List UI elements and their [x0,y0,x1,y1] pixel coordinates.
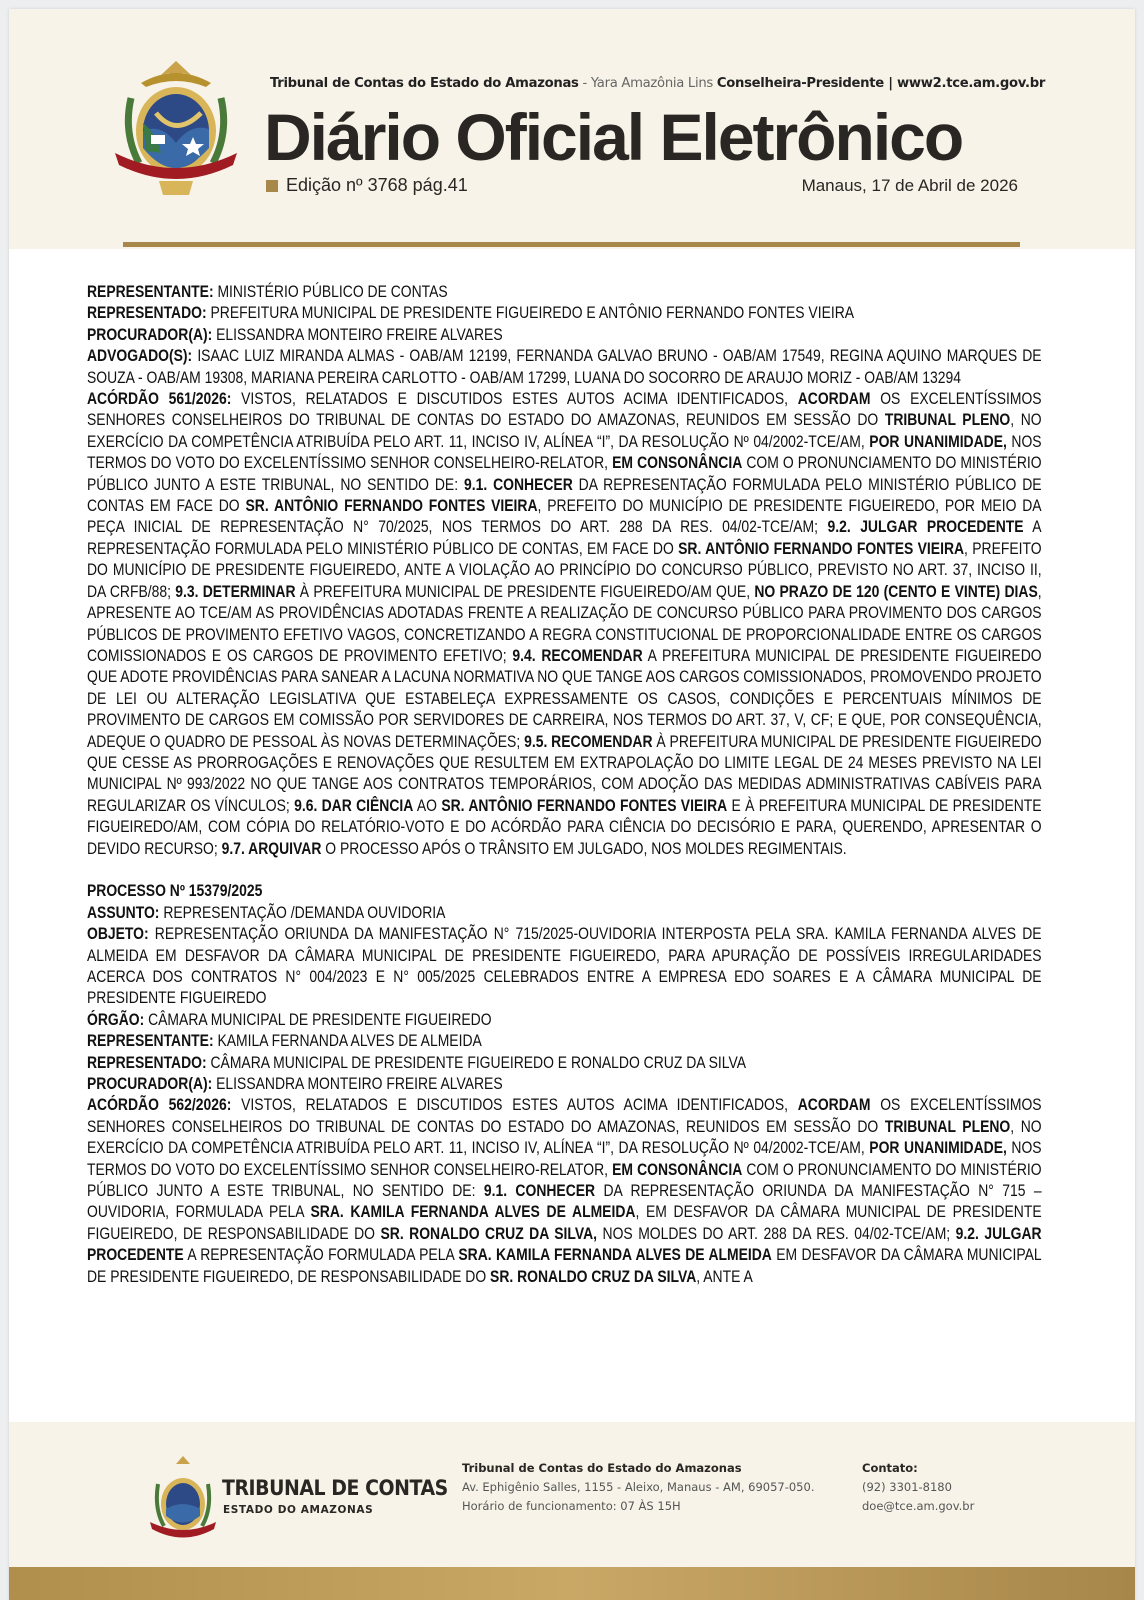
bold-run: ACORDAM [798,390,871,408]
separator: - [579,76,591,91]
bold-run: SR. ANTÔNIO FERNANDO FONTES VIEIRA [678,540,964,558]
bold-run: ACÓRDÃO 562/2026: [87,1096,231,1114]
footer-address: Tribunal de Contas do Estado do Amazonas… [462,1459,814,1516]
bold-run: EM CONSONÂNCIA [612,1161,742,1179]
president-name: Yara Amazônia Lins [591,76,717,91]
bold-run: POR UNANIMIDADE, [869,433,1007,451]
bold-run: SR. ANTÔNIO FERNANDO FONTES VIEIRA [441,797,727,815]
publication-date: Manaus, 17 de Abril de 2026 [802,176,1018,196]
bold-run: 9.7. ARQUIVAR [222,840,322,858]
text-run: VISTOS, RELATADOS E DISCUTIDOS ESTES AUT… [231,1096,797,1114]
masthead: Tribunal de Contas do Estado do Amazonas… [9,9,1135,249]
text-run: AO [413,797,441,815]
document-page: Tribunal de Contas do Estado do Amazonas… [9,9,1135,1600]
bold-run: 9.1. CONHECER [484,1182,595,1200]
text-run: CÂMARA MUNICIPAL DE PRESIDENTE FIGUEIRED… [144,1011,491,1029]
masthead-subtitle: Tribunal de Contas do Estado do Amazonas… [270,76,1045,91]
footer-brand: TRIBUNAL DE CONTAS [222,1476,448,1500]
bold-run: NO PRAZO DE 120 (CENTO E VINTE) DIAS [754,583,1037,601]
page-title: Diário Oficial Eletrônico [264,97,962,177]
text-run: NOS MOLDES DO ART. 288 DA RES. 04/02-TCE… [597,1225,956,1243]
bold-run: 9.2. JULGAR PROCEDENTE [827,518,1023,536]
org-name: Tribunal de Contas do Estado do Amazonas [270,76,579,91]
coat-of-arms-icon [101,53,251,203]
bold-run: OBJETO: [87,925,149,943]
bold-run: POR UNANIMIDADE, [869,1139,1007,1157]
bold-run: PROCURADOR(A): [87,1075,212,1093]
text-run: REPRESENTAÇÃO /DEMANDA OUVIDORIA [159,904,445,922]
document-body: REPRESENTANTE: MINISTÉRIO PÚBLICO DE CON… [87,282,1042,1288]
bold-run: 9.6. DAR CIÊNCIA [294,797,413,815]
text-run: KAMILA FERNANDA ALVES DE ALMEIDA [214,1032,482,1050]
bold-run: PROCESSO Nº 15379/2025 [87,882,262,900]
bold-run: PROCURADOR(A): [87,326,212,344]
footer-address-title: Tribunal de Contas do Estado do Amazonas [462,1459,814,1478]
bold-run: REPRESENTANTE: [87,283,214,301]
bold-run: REPRESENTANTE: [87,1032,214,1050]
text-run: CÂMARA MUNICIPAL DE PRESIDENTE FIGUEIRED… [207,1054,746,1072]
coat-of-arms-icon [144,1454,222,1550]
paragraph: ACÓRDÃO 561/2026: VISTOS, RELATADOS E DI… [87,389,1042,860]
bold-run: REPRESENTADO: [87,1054,207,1072]
paragraph: PROCURADOR(A): ELISSANDRA MONTEIRO FREIR… [87,1074,1042,1095]
text-run: ELISSANDRA MONTEIRO FREIRE ALVARES [212,1075,502,1093]
footer-contact: Contato: (92) 3301-8180 doe@tce.am.gov.b… [862,1459,974,1516]
text-run: VISTOS, RELATADOS E DISCUTIDOS ESTES AUT… [231,390,797,408]
text-run: A REPRESENTAÇÃO FORMULADA PELA [184,1246,459,1264]
text-run: PREFEITURA MUNICIPAL DE PRESIDENTE FIGUE… [207,304,854,322]
bold-run: REPRESENTADO: [87,304,207,322]
bold-run: 9.4. RECOMENDAR [512,647,642,665]
paragraph-gap [87,860,1042,881]
footer-brand-subtitle: ESTADO DO AMAZONAS [223,1504,373,1516]
footer-contact-title: Contato: [862,1459,974,1478]
paragraph: REPRESENTANTE: KAMILA FERNANDA ALVES DE … [87,1031,1042,1052]
bold-run: SR. RONALDO CRUZ DA SILVA [490,1268,696,1286]
footer-phone: (92) 3301-8180 [862,1478,974,1497]
paragraph: PROCURADOR(A): ELISSANDRA MONTEIRO FREIR… [87,325,1042,346]
text-run: O PROCESSO APÓS O TRÂNSITO EM JULGADO, N… [321,840,846,858]
bold-run: TRIBUNAL PLENO [885,1118,1010,1136]
text-run: REPRESENTAÇÃO ORIUNDA DA MANIFESTAÇÃO N°… [87,925,1042,1007]
paragraph: REPRESENTADO: PREFEITURA MUNICIPAL DE PR… [87,303,1042,324]
text-run: , ANTE A [696,1268,752,1286]
footer-email[interactable]: doe@tce.am.gov.br [862,1497,974,1516]
footer-gold-bar [9,1567,1135,1600]
square-bullet-icon [266,180,278,192]
bold-run: SR. RONALDO CRUZ DA SILVA, [380,1225,597,1243]
bold-run: 9.1. CONHECER [464,476,573,494]
text-run: ELISSANDRA MONTEIRO FREIRE ALVARES [212,326,502,344]
bold-run: SRA. KAMILA FERNANDA ALVES DE ALMEIDA [310,1203,635,1221]
text-run: MINISTÉRIO PÚBLICO DE CONTAS [214,283,448,301]
bold-run: ÓRGÃO: [87,1011,144,1029]
bold-run: TRIBUNAL PLENO [885,411,1010,429]
president-title: Conselheira-Presidente | www2.tce.am.gov… [717,76,1045,91]
bold-run: SRA. KAMILA FERNANDA ALVES DE ALMEIDA [458,1246,772,1264]
paragraph: ASSUNTO: REPRESENTAÇÃO /DEMANDA OUVIDORI… [87,903,1042,924]
paragraph: REPRESENTADO: CÂMARA MUNICIPAL DE PRESID… [87,1053,1042,1074]
bold-run: ADVOGADO(S): [87,347,192,365]
paragraph: PROCESSO Nº 15379/2025 [87,881,1042,902]
paragraph: ADVOGADO(S): ISAAC LUIZ MIRANDA ALMAS - … [87,346,1042,389]
bold-run: ACÓRDÃO 561/2026: [87,390,231,408]
bold-run: ACORDAM [798,1096,871,1114]
paragraph: ÓRGÃO: CÂMARA MUNICIPAL DE PRESIDENTE FI… [87,1010,1042,1031]
footer-address-line: Av. Ephigênio Salles, 1155 - Aleixo, Man… [462,1478,814,1497]
paragraph: OBJETO: REPRESENTAÇÃO ORIUNDA DA MANIFES… [87,924,1042,1010]
edition-number: Edição nº 3768 pág.41 [286,175,468,196]
header-divider [123,242,1020,247]
bold-run: EM CONSONÂNCIA [612,454,742,472]
paragraph: ACÓRDÃO 562/2026: VISTOS, RELATADOS E DI… [87,1095,1042,1288]
text-run: ISAAC LUIZ MIRANDA ALMAS - OAB/AM 12199,… [87,347,1042,386]
bold-run: 9.3. DETERMINAR [175,583,295,601]
footer-hours: Horário de funcionamento: 07 ÀS 15H [462,1497,814,1516]
edition-info: Edição nº 3768 pág.41 [266,175,468,196]
bold-run: 9.5. RECOMENDAR [524,733,652,751]
paragraph: REPRESENTANTE: MINISTÉRIO PÚBLICO DE CON… [87,282,1042,303]
bold-run: SR. ANTÔNIO FERNANDO FONTES VIEIRA [245,497,537,515]
bold-run: ASSUNTO: [87,904,159,922]
text-run: À PREFEITURA MUNICIPAL DE PRESIDENTE FIG… [296,583,755,601]
